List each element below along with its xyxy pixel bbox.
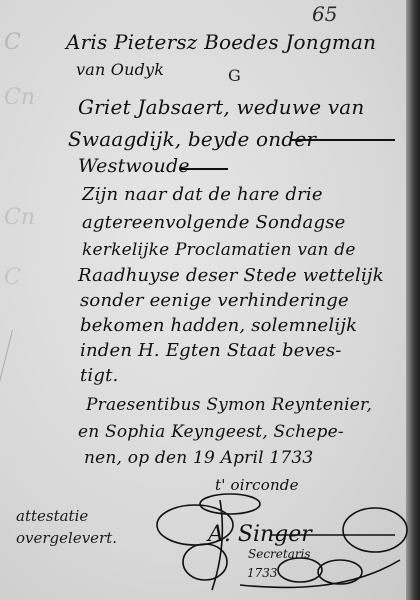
text-line: en Sophia Keyngeest, Schepe- [78,422,344,442]
margin-note-line: attestatie [16,505,117,527]
text-line: Griet Jabsaert, weduwe van [78,95,365,119]
ink-bleed-through: Cn [4,205,35,230]
text-line: agtereenvolgende Sondagse [82,212,346,233]
signature-title: Secretaris [248,547,311,561]
text-line: Praesentibus Symon Reyntenier, [86,395,372,415]
text-line: tigt. [80,365,118,386]
text-line: Aris Pietersz Boedes Jongman [66,30,376,54]
marginal-mark: G [228,66,241,85]
line-filler-rule [290,139,395,141]
signature-block: A. Singer Secretaris 1733 [150,490,410,595]
text-line: inden H. Egten Staat beves- [80,340,342,361]
text-line: bekomen hadden, solemnelijk [80,315,357,336]
folio-number: 65 [312,2,337,26]
ink-bleed-through: C [4,265,21,290]
text-line: kerkelijke Proclamatien van de [82,240,356,260]
line-filler-rule [180,168,228,170]
text-line: sonder eenige verhinderinge [80,290,349,311]
text-line: Westwoude [78,155,190,177]
text-line: van Oudyk [76,60,164,79]
ink-bleed-through: C [4,30,21,55]
paper-crease [0,330,13,592]
margin-note-line: overgelevert. [16,527,117,549]
ink-bleed-through: Cn [4,85,35,110]
signature-year: 1733 [247,566,278,580]
text-line: Zijn naar dat de hare drie [82,184,323,205]
margin-note: attestatie overgelevert. [16,505,117,549]
text-line: nen, op den 19 April 1733 [84,448,313,468]
manuscript-page: C Cn Cn C 65 Aris Pietersz Boedes Jongma… [0,0,420,600]
signature-name: A. Singer [208,522,312,547]
text-line: Swaagdijk, beyde onder [68,127,316,151]
text-line: Raadhuyse deser Stede wettelijk [78,265,384,286]
